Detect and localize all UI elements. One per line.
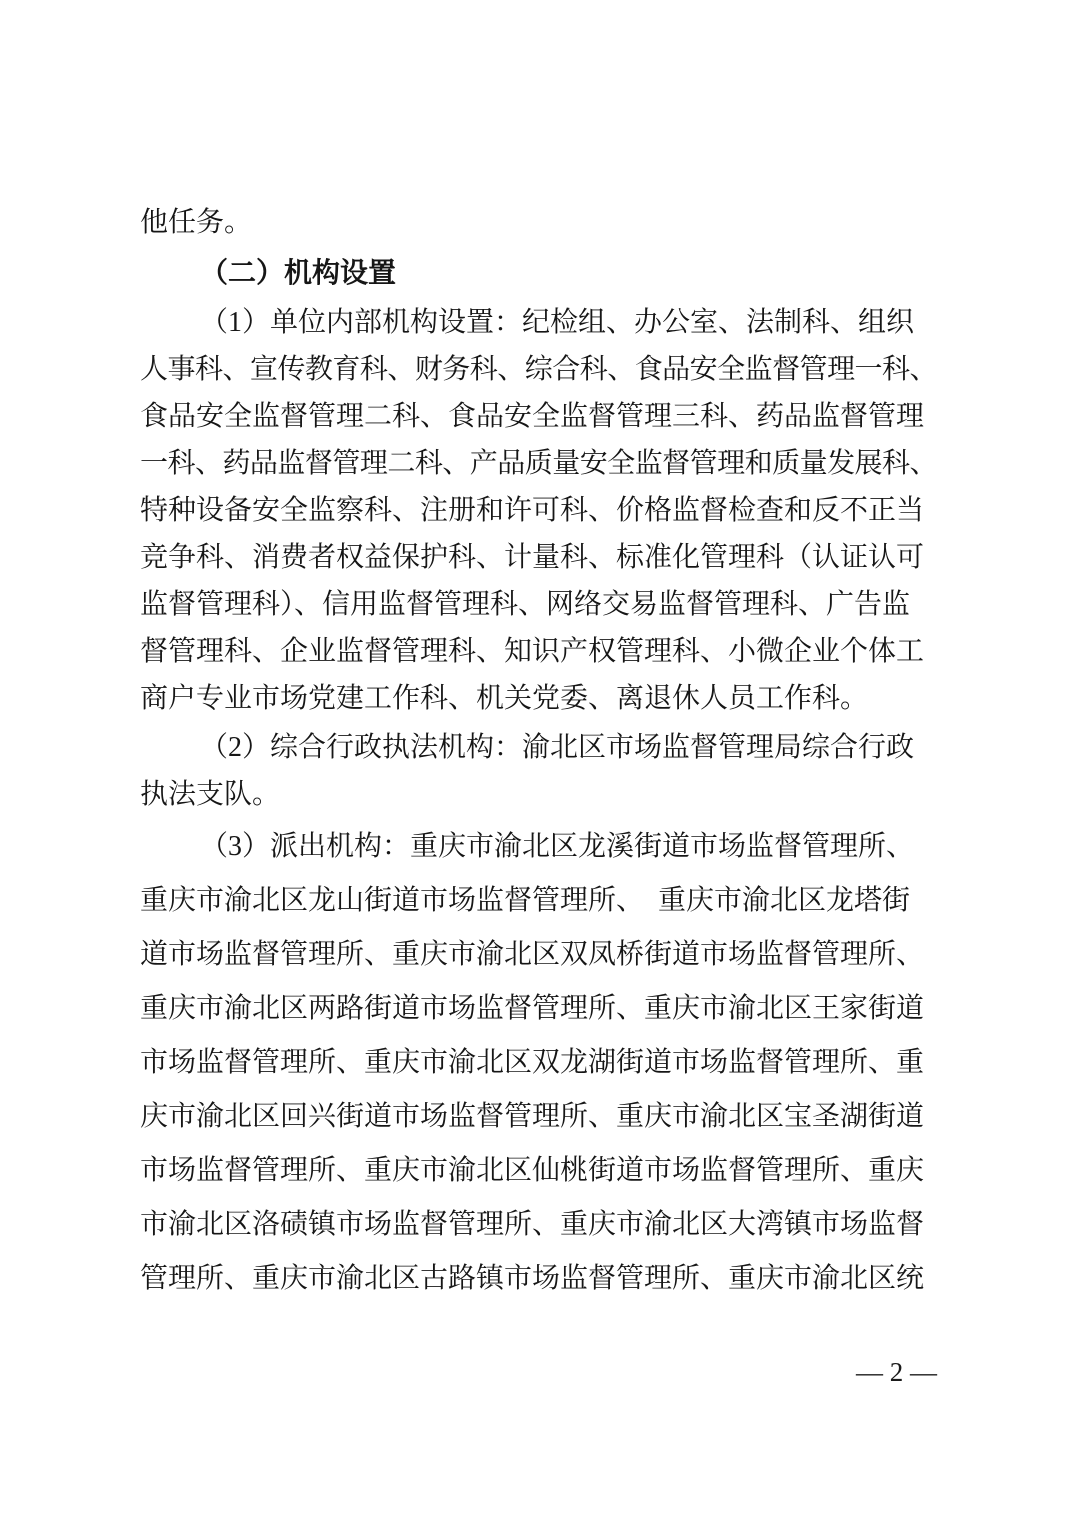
text-line: 一科、药品监督管理二科、产品质量安全监督管理和质量发展科、 — [140, 441, 937, 487]
text-line: 人事科、宣传教育科、财务科、综合科、食品安全监督管理一科、 — [140, 347, 937, 393]
text-line: 特种设备安全监察科、注册和许可科、价格监督检查和反不正当 — [140, 488, 937, 534]
text-line: 监督管理科）、信用监督管理科、网络交易监督管理科、广告监 — [140, 582, 937, 628]
page-number: — 2 — — [140, 1350, 937, 1395]
text-line: 执法支队。 — [140, 772, 937, 818]
text-line: 重庆市渝北区两路街道市场监督管理所、重庆市渝北区王家街道 — [140, 986, 937, 1032]
text-line: 市渝北区洛碛镇市场监督管理所、重庆市渝北区大湾镇市场监督 — [140, 1202, 937, 1248]
text-line: （1）单位内部机构设置：纪检组、办公室、法制科、组织 — [140, 300, 937, 346]
text-line: 市场监督管理所、重庆市渝北区双龙湖街道市场监督管理所、重 — [140, 1040, 937, 1086]
document-page: 他任务。（二）机构设置（1）单位内部机构设置：纪检组、办公室、法制科、组织人事科… — [0, 0, 1074, 1520]
text-line: （2）综合行政执法机构：渝北区市场监督管理局综合行政 — [140, 725, 937, 771]
text-line: 市场监督管理所、重庆市渝北区仙桃街道市场监督管理所、重庆 — [140, 1148, 937, 1194]
text-line: 庆市渝北区回兴街道市场监督管理所、重庆市渝北区宝圣湖街道 — [140, 1094, 937, 1140]
text-line: 道市场监督管理所、重庆市渝北区双凤桥街道市场监督管理所、 — [140, 932, 937, 978]
text-line: 管理所、重庆市渝北区古路镇市场监督管理所、重庆市渝北区统 — [140, 1256, 937, 1302]
text-line: 重庆市渝北区龙山街道市场监督管理所、 重庆市渝北区龙塔街 — [140, 878, 937, 924]
text-line: 竞争科、消费者权益保护科、计量科、标准化管理科（认证认可 — [140, 535, 937, 581]
text-line: 他任务。 — [140, 200, 937, 246]
text-line: （二）机构设置 — [140, 251, 937, 297]
text-line: 食品安全监督管理二科、食品安全监督管理三科、药品监督管理 — [140, 394, 937, 440]
text-line: 商户专业市场党建工作科、机关党委、离退休人员工作科。 — [140, 676, 937, 722]
text-line: 督管理科、企业监督管理科、知识产权管理科、小微企业个体工 — [140, 629, 937, 675]
text-line: （3）派出机构：重庆市渝北区龙溪街道市场监督管理所、 — [140, 824, 937, 870]
